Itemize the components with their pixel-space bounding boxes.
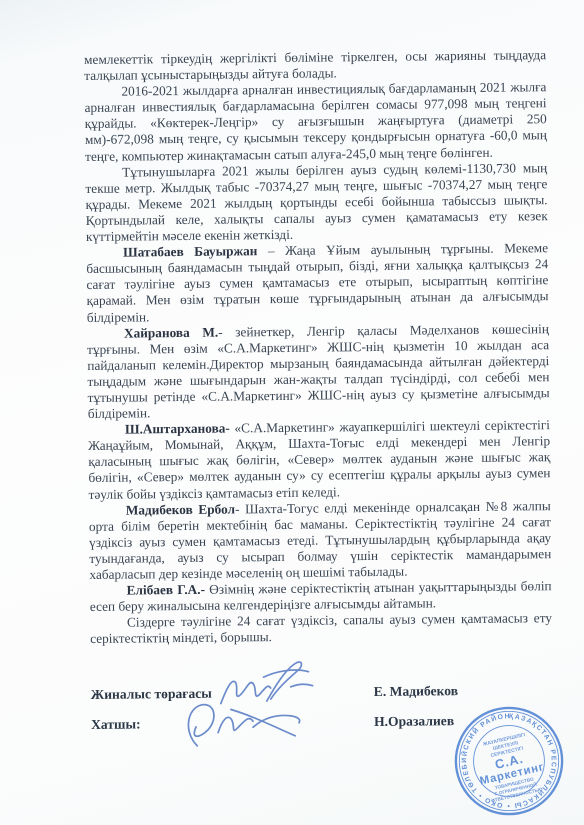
speaker-name: Елібаев Г.А.- [127, 582, 205, 598]
paragraph: Сіздерге тәулігіне 24 сағат үздіксіз, са… [90, 610, 552, 647]
paragraph: Елібаев Г.А.- Өзімнің және серіктестікті… [90, 578, 552, 615]
paragraph: 2016-2021 жылдарға арналған инвестициялы… [84, 79, 547, 164]
scanned-document-page: мемлекеттік тіркеудің жергілікті бөлімін… [0, 0, 584, 825]
speaker-name: Ш.Аштарханова- [125, 421, 230, 437]
signature-row-chairman: Жиналыс төрағасы Е. Мадибеков [91, 683, 553, 704]
paragraph: Хайранова М.- зейнеткер, Ленгір қаласы М… [87, 321, 550, 422]
speaker-name: Шатабаев Бауыржан [123, 243, 257, 259]
chairman-role-label: Жиналыс төрағасы [91, 686, 251, 704]
signature-space [251, 726, 374, 727]
paragraph: Тұтынушыларға 2021 жылы берілген ауыз су… [85, 160, 548, 245]
speaker-name: Хайранова М. [124, 324, 218, 340]
paragraph: Мадибеков Ербол- Шахта-Тогус елді мекені… [89, 498, 552, 583]
paragraph-text: Тұтынушыларға 2021 жылы берілген ауыз су… [85, 160, 547, 244]
chairman-name: Е. Мадибеков [374, 684, 458, 701]
signature-space [251, 696, 374, 697]
paragraph-text: Сіздерге тәулігіне 24 сағат үздіксіз, са… [90, 610, 552, 646]
paragraph: Шатабаев Бауыржан – Жаңа Ұйым ауылының т… [86, 240, 549, 325]
paragraph-text: мемлекеттік тіркеудің жергілікті бөлімін… [84, 47, 546, 83]
paragraph-text: 2016-2021 жылдарға арналған инвестициялы… [85, 79, 547, 163]
paragraph: Ш.Аштарханова- «С.А.Маркетинг» жауапкерш… [88, 417, 551, 502]
secretary-name: Н.Оразалиев [374, 713, 454, 730]
secretary-role-label: Хатшы: [91, 715, 251, 733]
document-body: мемлекеттік тіркеудің жергілікті бөлімін… [84, 47, 553, 732]
speaker-name: Мадибеков Ербол [126, 501, 235, 517]
paragraph: мемлекеттік тіркеудің жергілікті бөлімін… [84, 47, 546, 84]
company-stamp-icon: ҚАЗАҚСТАН РЕСПУБЛИКАСЫ • ОҚО • ТӨЛЕБИЙСК… [450, 702, 568, 820]
chairman-signature [208, 655, 324, 711]
